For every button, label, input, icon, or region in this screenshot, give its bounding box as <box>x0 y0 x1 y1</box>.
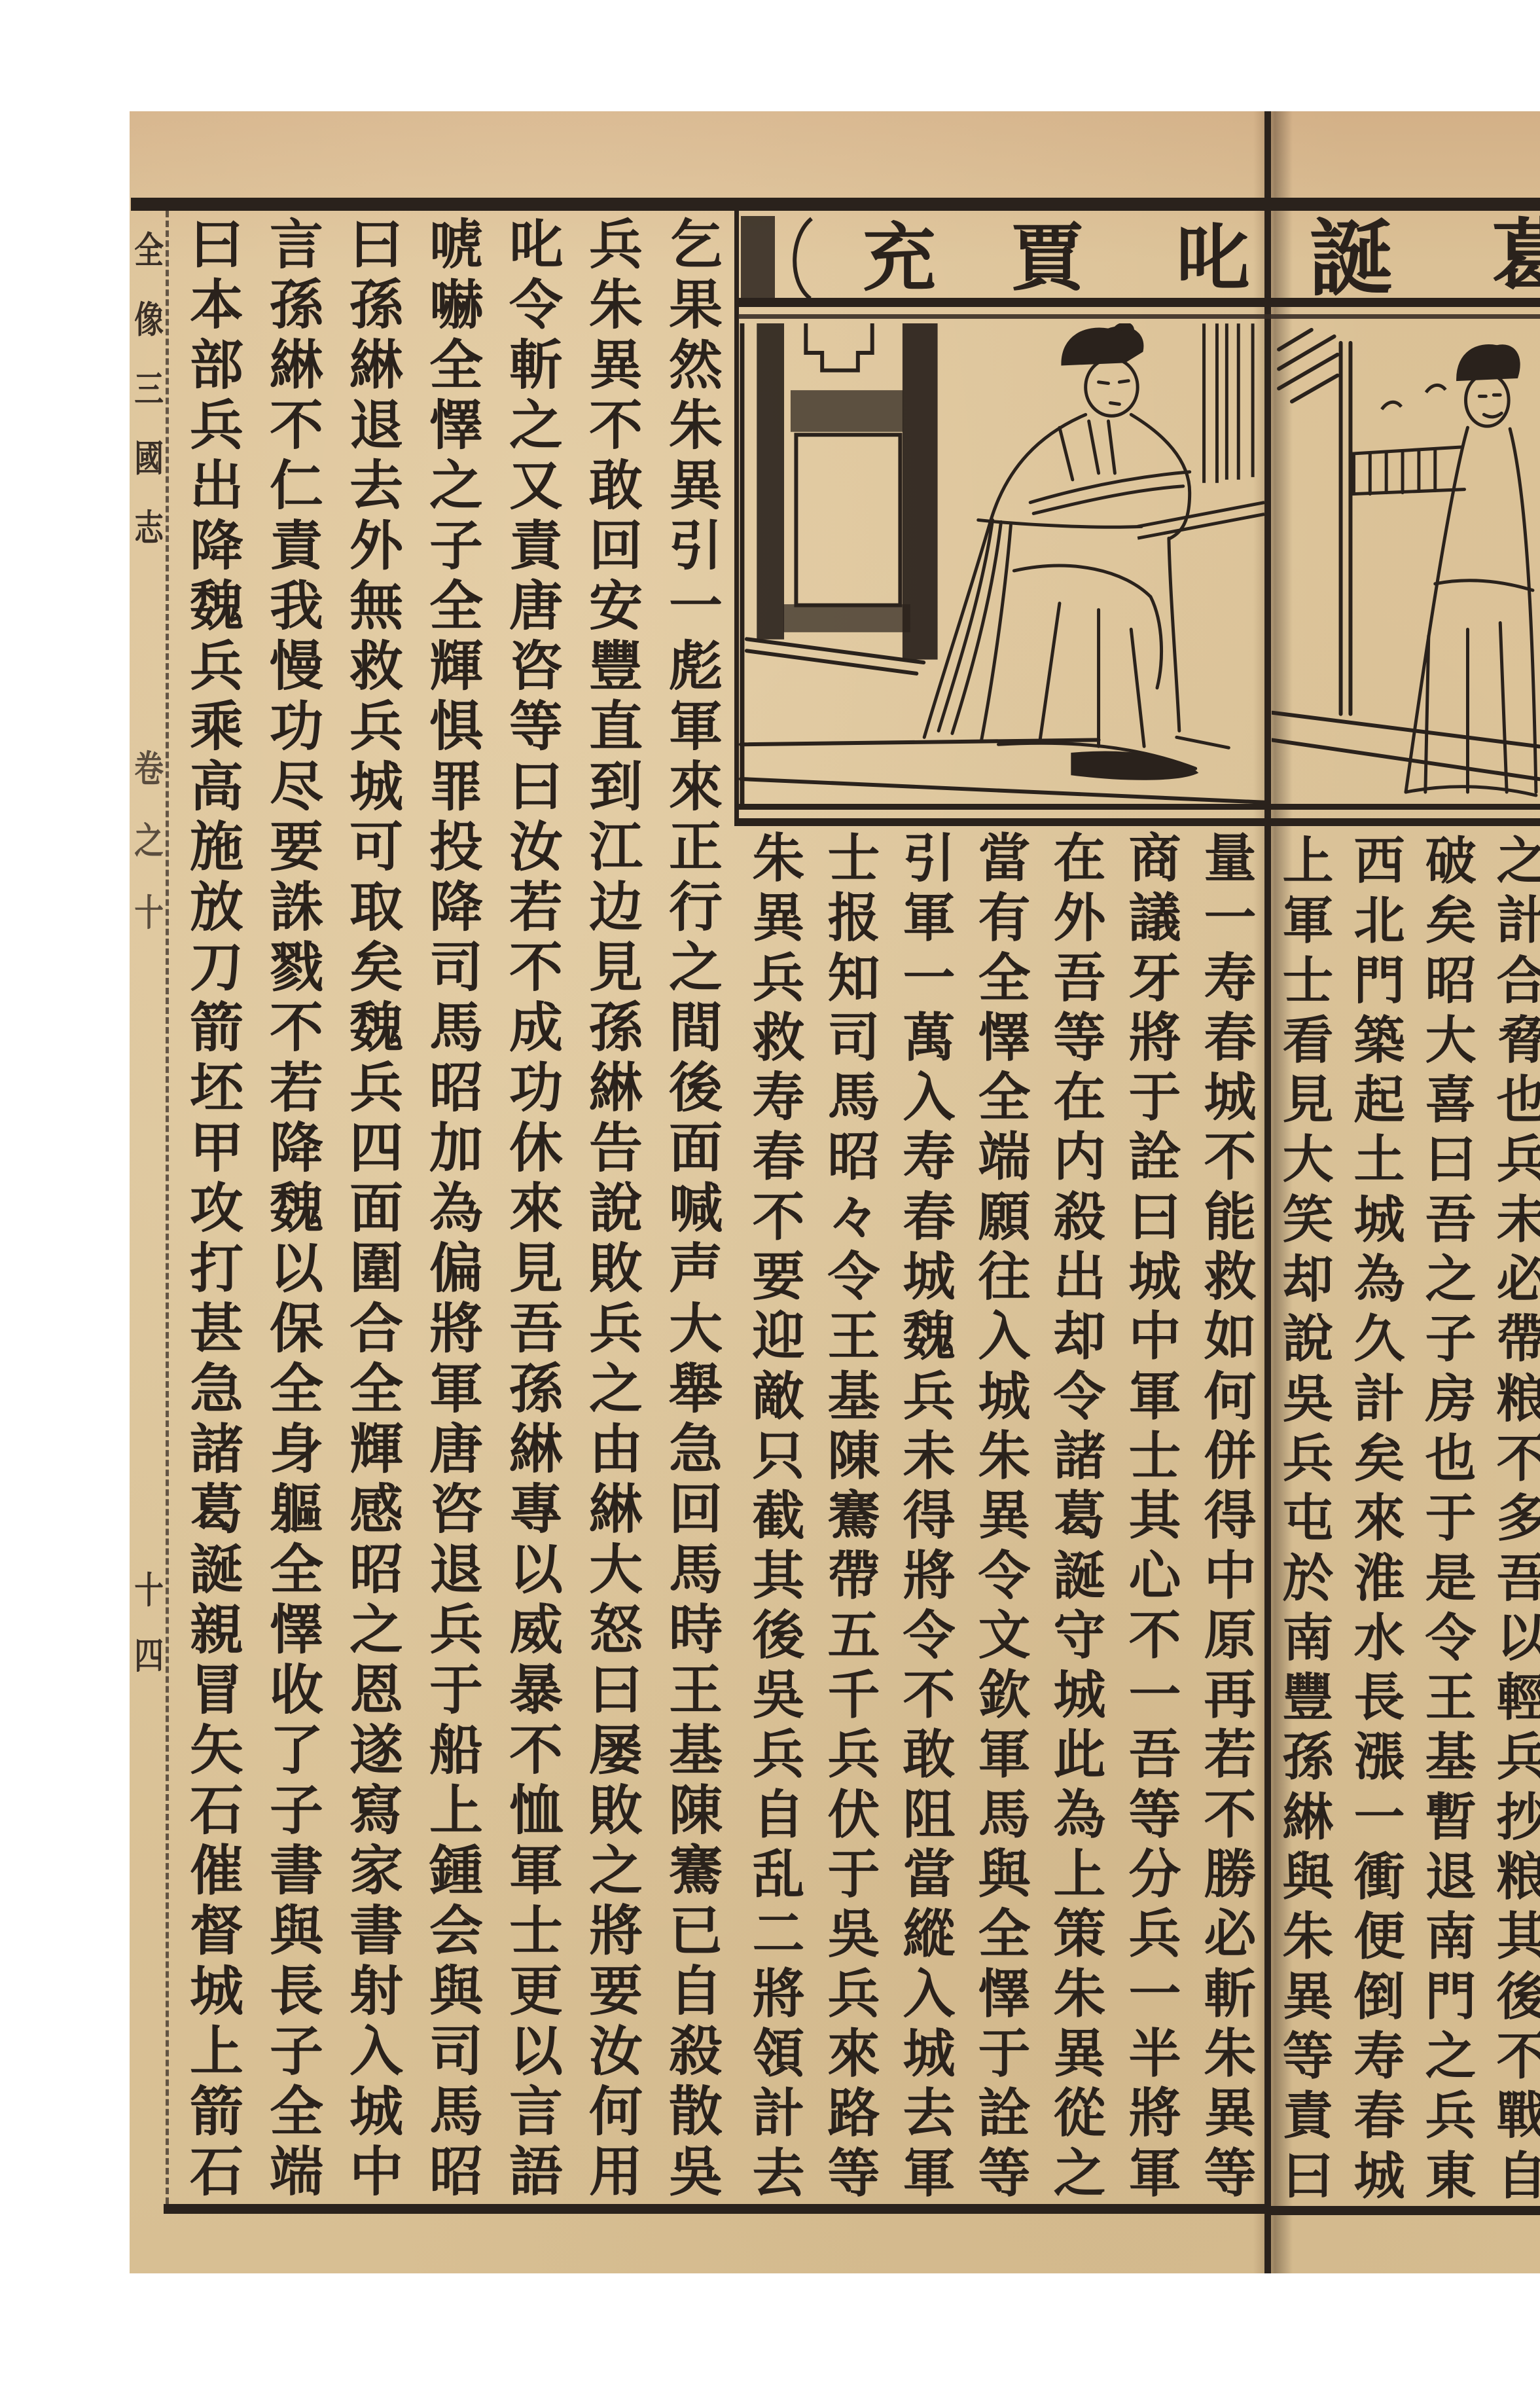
glyph: 一 <box>1117 1665 1192 1725</box>
glyph: 入 <box>967 1307 1042 1366</box>
glyph: 兵 <box>1272 1429 1344 1489</box>
bottom-border-right-page <box>1268 2206 1540 2215</box>
caption-char-jia: 賈 <box>1001 216 1093 301</box>
glyph: 箭 <box>177 2082 257 2142</box>
glyph: 于 <box>1117 1068 1192 1127</box>
glyph: 軍 <box>1272 891 1344 950</box>
glyph: 兵 <box>816 1725 891 1784</box>
glyph: 後 <box>656 1058 736 1118</box>
glyph: 異 <box>1272 1967 1344 2027</box>
text-column: 在外吾等在内殺出却令諸葛誕守城此為上策朱異從之 <box>1042 829 1117 2203</box>
glyph: 淮 <box>1344 1549 1415 1608</box>
glyph: 寫 <box>336 1780 416 1841</box>
glyph: 惧 <box>416 696 496 757</box>
glyph: 放 <box>177 877 257 937</box>
glyph: 冒 <box>177 1660 257 1720</box>
glyph: 喊 <box>656 1178 736 1238</box>
glyph: 南 <box>1415 1907 1486 1966</box>
glyph: 軍 <box>1117 2144 1192 2203</box>
glyph: 責 <box>1272 2086 1344 2146</box>
glyph: 全 <box>336 1359 416 1419</box>
glyph: 五 <box>816 1606 891 1665</box>
glyph: 文 <box>967 1606 1042 1665</box>
margin-page-number: 十四 <box>131 1558 165 1695</box>
glyph: 綝 <box>576 1058 656 1118</box>
glyph: 矣 <box>336 937 416 998</box>
glyph: 催 <box>177 1841 257 1901</box>
glyph: 上 <box>177 2021 257 2082</box>
glyph: 衝 <box>1344 1847 1415 1907</box>
caption-char-dan: 誕 <box>1299 213 1404 304</box>
glyph: 城 <box>891 2024 967 2084</box>
glyph: 異 <box>576 335 656 395</box>
glyph: 計 <box>741 2084 816 2143</box>
glyph: 舉 <box>656 1359 736 1419</box>
glyph: 朱 <box>656 395 736 456</box>
glyph: 吾 <box>496 1299 576 1359</box>
glyph: 暴 <box>496 1660 576 1720</box>
glyph: 綝 <box>257 335 336 395</box>
glyph: 感 <box>336 1479 416 1540</box>
glyph: 得 <box>1192 1486 1268 1545</box>
glyph: 不 <box>257 998 336 1058</box>
glyph: 外 <box>1042 888 1117 948</box>
text-column: 破矣昭大喜曰吾之子房也于是令王基暫退南門之兵東 <box>1415 831 1486 2206</box>
glyph: 彪 <box>656 636 736 696</box>
glyph: 如 <box>1192 1307 1268 1366</box>
glyph: 咨 <box>496 636 576 696</box>
glyph: 声 <box>656 1238 736 1299</box>
glyph: 要 <box>257 817 336 877</box>
glyph: 不 <box>257 395 336 456</box>
glyph: 司 <box>816 1008 891 1068</box>
glyph: 四 <box>336 1118 416 1178</box>
glyph: 計 <box>1486 891 1540 950</box>
glyph: 基 <box>1415 1727 1486 1787</box>
glyph: 引 <box>891 829 967 888</box>
text-column: 言孫綝不仁責我慢功尽要誅戮不若降魏以保全身軀全懌收了子書與長子全端 <box>257 215 336 2202</box>
glyph: 縱 <box>891 1904 967 1964</box>
glyph: 言 <box>496 2082 576 2142</box>
glyph: 後 <box>1486 1967 1540 2027</box>
glyph: 石 <box>177 1780 257 1841</box>
glyph: 上 <box>1272 831 1344 891</box>
glyph: 春 <box>891 1187 967 1247</box>
glyph: 等 <box>1042 1008 1117 1068</box>
glyph: 見 <box>496 1238 576 1299</box>
glyph: 安 <box>576 576 656 636</box>
glyph: 城 <box>1344 2146 1415 2206</box>
glyph: 自 <box>656 1961 736 2021</box>
glyph: 怒 <box>576 1600 656 1660</box>
text-column: 乞果然朱異引一彪軍來正行之間後面喊声大舉急回馬時王基陳騫已自殺散吳 <box>656 215 736 2202</box>
glyph: 却 <box>1042 1307 1117 1366</box>
glyph: 之 <box>576 1359 656 1419</box>
glyph: 無 <box>336 576 416 636</box>
glyph: 詮 <box>1117 1127 1192 1187</box>
glyph: 入 <box>891 1964 967 2024</box>
glyph: 曰 <box>1117 1187 1192 1247</box>
glyph: 兵 <box>576 1299 656 1359</box>
glyph: 兵 <box>177 395 257 456</box>
glyph: 軍 <box>891 888 967 948</box>
glyph: 一 <box>656 576 736 636</box>
glyph: 仁 <box>257 456 336 516</box>
glyph: 之 <box>496 395 576 456</box>
glyph: 必 <box>1486 1250 1540 1309</box>
glyph: 其 <box>1486 1907 1540 1966</box>
glyph: 可 <box>336 817 416 877</box>
text-column: 當有全懌全端願往入城朱異令文欽軍馬與全懌于詮等 <box>967 829 1042 2203</box>
glyph: 大 <box>1415 1011 1486 1070</box>
glyph: 吳 <box>741 1665 816 1725</box>
glyph: 加 <box>416 1118 496 1178</box>
glyph: 打 <box>177 1238 257 1299</box>
glyph: 來 <box>1344 1489 1415 1548</box>
glyph: 偏 <box>416 1238 496 1299</box>
glyph: 牙 <box>1117 948 1192 1008</box>
caption-dark-block <box>741 216 775 304</box>
glyph: 異 <box>1192 2084 1268 2143</box>
hall-doorway-icon <box>741 323 1264 803</box>
glyph: 用 <box>576 2142 656 2202</box>
glyph: 司 <box>416 937 496 998</box>
margin-page-number-text: 十四 <box>131 1558 165 1695</box>
glyph: 子 <box>257 2021 336 2082</box>
birds-icon <box>1382 385 1445 409</box>
glyph: 將 <box>1117 2084 1192 2143</box>
glyph: 帶 <box>816 1546 891 1606</box>
text-column: 唬嚇全懌之子全輝惧罪投降司馬昭加為偏將軍唐咨退兵于船上鍾会與司馬昭 <box>416 215 496 2202</box>
glyph: 軍 <box>891 2144 967 2203</box>
glyph: 十 <box>134 877 162 949</box>
glyph: 士 <box>1272 951 1344 1011</box>
glyph: 門 <box>1415 1967 1486 2027</box>
glyph: 馬 <box>416 998 496 1058</box>
glyph: 書 <box>257 1841 336 1901</box>
glyph: 刀 <box>177 937 257 998</box>
glyph: 屡 <box>576 1720 656 1780</box>
glyph: 然 <box>656 335 736 395</box>
glyph: 不 <box>1192 1785 1268 1845</box>
glyph: 將 <box>416 1299 496 1359</box>
glyph: 戰 <box>1486 2086 1540 2146</box>
glyph: 自 <box>1486 2146 1540 2206</box>
glyph: 誕 <box>177 1540 257 1600</box>
glyph: 昭 <box>336 1540 416 1600</box>
glyph: 不 <box>1486 2027 1540 2086</box>
glyph: 言 <box>257 215 336 275</box>
text-column: 朱異兵救寿春不要迎敵只截其後吳兵自乱二將領計去 <box>741 829 816 2203</box>
glyph: 射 <box>336 1961 416 2021</box>
glyph: 敗 <box>576 1780 656 1841</box>
glyph: 施 <box>177 817 257 877</box>
glyph: 合 <box>336 1299 416 1359</box>
glyph: 外 <box>336 516 416 576</box>
glyph: 將 <box>576 1901 656 1961</box>
caption-char-chong: 充 <box>853 216 945 301</box>
glyph: 大 <box>656 1299 736 1359</box>
glyph: 軍 <box>967 1725 1042 1784</box>
glyph: 昭 <box>416 2142 496 2202</box>
glyph: 策 <box>1042 1904 1117 1964</box>
glyph: 量 <box>1192 829 1268 888</box>
glyph: 本 <box>177 275 257 335</box>
glyph: 孫 <box>336 275 416 335</box>
glyph: 朱 <box>1192 2024 1268 2084</box>
glyph: 乱 <box>741 1845 816 1904</box>
glyph: 魏 <box>177 576 257 636</box>
glyph: 罪 <box>416 757 496 817</box>
glyph: 抄 <box>1486 1788 1540 1847</box>
glyph: 伏 <box>816 1785 891 1845</box>
glyph: 千 <box>816 1665 891 1725</box>
glyph: 中 <box>336 2142 416 2202</box>
glyph: 行 <box>656 877 736 937</box>
glyph: 於 <box>1272 1549 1344 1608</box>
glyph: 吾 <box>1486 1549 1540 1608</box>
glyph: 迎 <box>741 1307 816 1366</box>
illustration-right-standing-official <box>1272 323 1540 804</box>
glyph: 以 <box>496 2021 576 2082</box>
glyph: 之 <box>1415 2027 1486 2086</box>
glyph: 王 <box>816 1307 891 1366</box>
caption-underline-thin <box>738 314 1540 319</box>
glyph: 于 <box>967 2024 1042 2084</box>
glyph: 家 <box>336 1841 416 1901</box>
illustration-left-seated-official <box>734 323 1264 804</box>
glyph: 異 <box>1042 2024 1117 2084</box>
glyph: 說 <box>576 1178 656 1238</box>
glyph: 直 <box>576 696 656 757</box>
glyph: 異 <box>967 1486 1042 1545</box>
glyph: 兵 <box>741 1725 816 1784</box>
glyph: 恤 <box>496 1780 576 1841</box>
glyph: 鍾 <box>416 1841 496 1901</box>
glyph: 兵 <box>741 948 816 1008</box>
glyph: 長 <box>1344 1668 1415 1727</box>
glyph: 取 <box>336 877 416 937</box>
glyph: 退 <box>416 1540 496 1600</box>
glyph: 能 <box>1192 1187 1268 1247</box>
glyph: 房 <box>1415 1369 1486 1429</box>
glyph: 曰 <box>177 215 257 275</box>
glyph: 從 <box>1042 2084 1117 2143</box>
glyph: 叱 <box>496 215 576 275</box>
glyph: 城 <box>1042 1665 1117 1725</box>
glyph: 船 <box>416 1720 496 1780</box>
glyph: 為 <box>416 1178 496 1238</box>
glyph: 孫 <box>576 998 656 1058</box>
glyph: 以 <box>1486 1608 1540 1668</box>
glyph: 令 <box>496 275 576 335</box>
glyph: 議 <box>1117 888 1192 948</box>
glyph: 斬 <box>1192 1964 1268 2024</box>
glyph: 誕 <box>1042 1546 1117 1606</box>
glyph: 了 <box>257 1720 336 1780</box>
left-page-text-under-illustration: 量一寿春城不能救如何併得中原再若不勝必斬朱異等 商議牙將于詮曰城中軍士其心不一吾… <box>741 829 1268 2203</box>
glyph: 西 <box>1344 831 1415 891</box>
glyph: 暫 <box>1415 1788 1486 1847</box>
glyph: 督 <box>177 1901 257 1961</box>
glyph: 昭 <box>1415 951 1486 1011</box>
glyph: 原 <box>1192 1606 1268 1665</box>
glyph: 像 <box>134 285 162 355</box>
glyph: 輝 <box>416 636 496 696</box>
glyph: 魏 <box>336 998 416 1058</box>
glyph: 会 <box>416 1901 496 1961</box>
glyph: 朱 <box>576 275 656 335</box>
glyph: 一 <box>1344 1788 1415 1847</box>
glyph: 全 <box>257 1359 336 1419</box>
glyph: 見 <box>1272 1070 1344 1130</box>
text-column: 曰孫綝退去外無救兵城可取矣魏兵四面圍合全輝感昭之恩遂寫家書射入城中 <box>336 215 416 2202</box>
glyph: 豐 <box>1272 1668 1344 1727</box>
caption-bracket-icon <box>779 216 818 301</box>
glyph: 何 <box>1192 1367 1268 1426</box>
caption-char-ge: 葛 <box>1480 213 1540 304</box>
text-column: 量一寿春城不能救如何併得中原再若不勝必斬朱異等 <box>1192 829 1268 2203</box>
glyph: 基 <box>656 1720 736 1780</box>
glyph: 兵 <box>1486 1130 1540 1189</box>
glyph: 與 <box>967 1845 1042 1904</box>
glyph: 之 <box>1042 2144 1117 2203</box>
glyph: 自 <box>741 1785 816 1845</box>
glyph: 截 <box>741 1486 816 1545</box>
glyph: 矣 <box>1415 891 1486 950</box>
glyph: 全 <box>967 948 1042 1008</box>
glyph: 于 <box>416 1660 496 1720</box>
glyph: 願 <box>967 1187 1042 1247</box>
text-column: 上軍士看見大笑却說吳兵屯於南豐孫綝與朱異等責曰 <box>1272 831 1344 2206</box>
glyph: 屯 <box>1272 1489 1344 1548</box>
margin-volume-text: 卷之十 <box>131 733 165 956</box>
glyph: 基 <box>816 1367 891 1426</box>
glyph: 與 <box>257 1901 336 1961</box>
glyph: 二 <box>741 1904 816 1964</box>
glyph: 矣 <box>1344 1429 1415 1489</box>
glyph: 陳 <box>656 1780 736 1841</box>
glyph: 只 <box>741 1426 816 1486</box>
glyph: 端 <box>257 2142 336 2202</box>
glyph: 全 <box>257 2082 336 2142</box>
glyph: 在 <box>1042 829 1117 888</box>
glyph: 石 <box>177 2142 257 2202</box>
glyph: 知 <box>816 948 891 1008</box>
glyph: 一 <box>1192 888 1268 948</box>
glyph: 汝 <box>496 817 576 877</box>
glyph: 來 <box>816 2024 891 2084</box>
glyph: 再 <box>1192 1665 1268 1725</box>
glyph: 半 <box>1117 2024 1192 2084</box>
glyph: 當 <box>891 1845 967 1904</box>
glyph: 于 <box>816 1845 891 1904</box>
glyph: 懌 <box>257 1600 336 1660</box>
glyph: 綝 <box>1272 1788 1344 1847</box>
glyph: 葛 <box>1042 1486 1117 1545</box>
glyph: 士 <box>496 1901 576 1961</box>
glyph: 騫 <box>816 1486 891 1545</box>
glyph: 城 <box>1117 1247 1192 1307</box>
glyph: 將 <box>1117 1008 1192 1068</box>
glyph: 若 <box>496 877 576 937</box>
glyph: 軍 <box>1117 1367 1192 1426</box>
glyph: 專 <box>496 1479 576 1540</box>
glyph: 粮 <box>1486 1847 1540 1907</box>
glyph: 不 <box>576 395 656 456</box>
glyph: 孫 <box>257 275 336 335</box>
glyph: 來 <box>656 757 736 817</box>
glyph: 水 <box>1344 1608 1415 1668</box>
glyph: 合 <box>1486 951 1540 1011</box>
glyph: 誅 <box>257 877 336 937</box>
illustration-bottom-line-2 <box>734 818 1540 826</box>
glyph: 昭 <box>816 1127 891 1187</box>
glyph: 王 <box>656 1660 736 1720</box>
glyph: 計 <box>1344 1369 1415 1429</box>
glyph: 高 <box>177 757 257 817</box>
glyph: 也 <box>1415 1429 1486 1489</box>
glyph: 入 <box>891 1068 967 1127</box>
glyph: 箭 <box>177 998 257 1058</box>
glyph: 兵 <box>1415 2086 1486 2146</box>
glyph: 敗 <box>576 1238 656 1299</box>
text-column: 叱令斬之又責唐咨等曰汝若不成功休來見吾孫綝專以威暴不恤軍士更以言語 <box>496 215 576 2202</box>
glyph: 王 <box>1415 1668 1486 1727</box>
glyph: 萬 <box>891 1008 967 1068</box>
glyph: 令 <box>891 1606 967 1665</box>
glyph: 散 <box>656 2082 736 2142</box>
glyph: 尽 <box>257 757 336 817</box>
glyph: 乞 <box>656 215 736 275</box>
glyph: 却 <box>1272 1250 1344 1309</box>
glyph: 多 <box>1486 1489 1540 1548</box>
glyph: 不 <box>496 1720 576 1780</box>
glyph: 輝 <box>336 1419 416 1479</box>
glyph: 三 <box>134 355 162 424</box>
glyph: 报 <box>816 888 891 948</box>
glyph: 出 <box>177 456 257 516</box>
text-column: 商議牙將于詮曰城中軍士其心不一吾等分兵一半將軍 <box>1117 829 1192 2203</box>
glyph: 降 <box>257 1118 336 1178</box>
glyph: 等 <box>1272 2027 1344 2086</box>
glyph: 書 <box>336 1901 416 1961</box>
glyph: 曰 <box>336 215 416 275</box>
glyph: 異 <box>741 888 816 948</box>
glyph: 未 <box>891 1426 967 1486</box>
glyph: 與 <box>1272 1847 1344 1907</box>
glyph: 笑 <box>1272 1190 1344 1250</box>
glyph: 兵 <box>891 1367 967 1426</box>
glyph: 兵 <box>576 215 656 275</box>
glyph: 咨 <box>416 1479 496 1540</box>
glyph: 勝 <box>1192 1845 1268 1904</box>
glyph: 志 <box>134 494 162 563</box>
glyph: 全 <box>134 216 162 285</box>
glyph: 令 <box>1415 1608 1486 1668</box>
glyph: 兵 <box>416 1600 496 1660</box>
glyph: 收 <box>257 1660 336 1720</box>
glyph: 語 <box>496 2142 576 2202</box>
glyph: 甚 <box>177 1299 257 1359</box>
glyph: 朱 <box>1272 1907 1344 1966</box>
glyph: 吳 <box>1272 1369 1344 1429</box>
glyph: 看 <box>1272 1011 1344 1070</box>
glyph: 令 <box>967 1546 1042 1606</box>
glyph: 曰 <box>1272 2146 1344 2206</box>
glyph: 乘 <box>177 696 257 757</box>
glyph: 脅 <box>1486 1011 1540 1070</box>
